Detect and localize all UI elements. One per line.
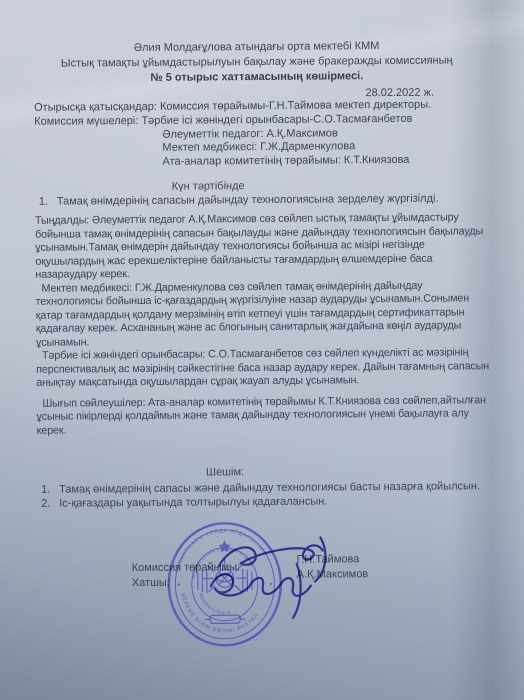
document-date: 28.02.2022 ж. [365, 87, 434, 100]
document-header: Әлия Молдағұлова атындағы орта мектебі К… [0, 38, 516, 87]
paragraph-tyndaldy: Тыңдалды: Әлеуметтік педагог А.Қ.Максимо… [35, 211, 492, 282]
paragraph-tarbie: Тәрбие ісі жөніндегі орынбасары: С.О.Тас… [36, 346, 492, 390]
decision-item-text: Іс-қағаздары уақытында толтырылуы қадаға… [59, 494, 327, 510]
participants-block: Отырысқа қатысқандар: Комиссия төрайымы-… [34, 98, 497, 171]
agenda-item: 1. Тамақ өнімдерінің сапасын дайындау те… [39, 192, 493, 208]
decision-heading: Шешім: [206, 466, 244, 478]
body-text: Тыңдалды: Әлеуметтік педагог А.Қ.Максимо… [35, 211, 493, 438]
decision-item: 2. Іс-қағаздары уақытында толтырылуы қад… [41, 493, 495, 511]
signature-block: Комиссия төрайымы: Хатшы: Г.Н.Таймова А.… [1, 516, 524, 700]
handwritten-signatures-icon [204, 529, 365, 630]
decision-items: 1. Тамақ өнімдерінің сапасы және дайында… [41, 479, 495, 511]
participant-indented: Ата-аналар комитетінің төрайымы: К.Т.Кни… [162, 153, 496, 169]
document-content: Әлия Молдағұлова атындағы орта мектебі К… [0, 0, 524, 700]
agenda-item-number: 1. [39, 196, 57, 208]
agenda-item-text: Тамақ өнімдерінің сапасын дайындау техно… [57, 193, 439, 208]
decision-item-number: 1. [41, 483, 59, 497]
agenda-heading: Күн тәртібінде [172, 180, 245, 193]
paragraph-medbike: Мектеп медбикесі: Г.Ж.Дарменкулова сөз с… [35, 279, 492, 350]
paragraph-shygyp: Шығып сөйлеушілер: Ата-аналар комитетіні… [36, 394, 492, 438]
decision-item-number: 2. [41, 497, 59, 511]
